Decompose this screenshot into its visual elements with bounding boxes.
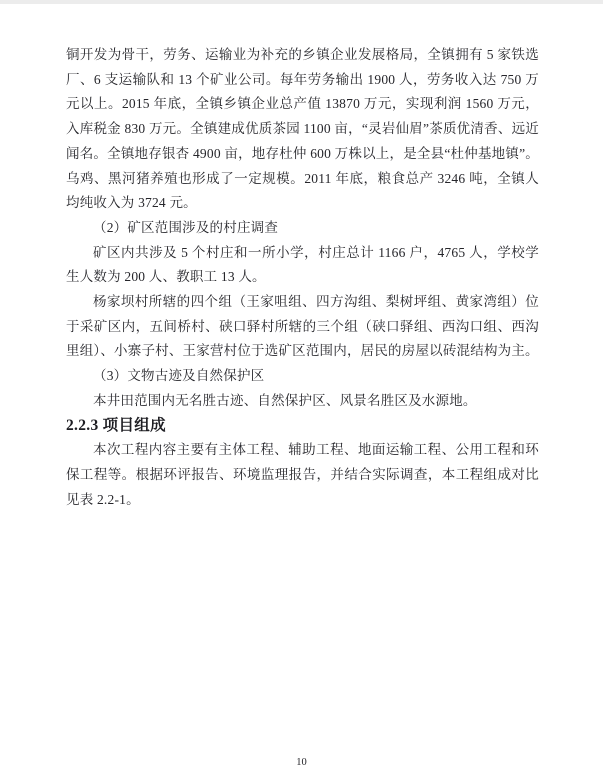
document-page: 铜开发为骨干，劳务、运输业为补充的乡镇企业发展格局，全镇拥有 5 家铁选厂、6 …: [0, 0, 603, 776]
paragraph-village-statistics: 矿区内共涉及 5 个村庄和一所小学，村庄总计 1166 户，4765 人，学校学…: [66, 241, 539, 290]
section-heading-project-composition: 2.2.3 项目组成: [66, 414, 539, 439]
subheading-heritage-reserves: （3）文物古迹及自然保护区: [66, 364, 539, 389]
document-text-body: 铜开发为骨干，劳务、运输业为补充的乡镇企业发展格局，全镇拥有 5 家铁选厂、6 …: [66, 43, 539, 512]
paragraph-no-heritage-sites: 本井田范围内无名胜古迹、自然保护区、风景名胜区及水源地。: [66, 389, 539, 414]
paragraph-project-contents: 本次工程内容主要有主体工程、辅助工程、地面运输工程、公用工程和环保工程等。根据环…: [66, 438, 539, 512]
page-top-edge-strip: [0, 0, 603, 4]
page-number: 10: [0, 757, 603, 768]
paragraph-town-economy: 铜开发为骨干，劳务、运输业为补充的乡镇企业发展格局，全镇拥有 5 家铁选厂、6 …: [66, 43, 539, 216]
paragraph-village-locations: 杨家坝村所辖的四个组（王家咀组、四方沟组、梨树坪组、黄家湾组）位于采矿区内，五间…: [66, 290, 539, 364]
subheading-village-survey: （2）矿区范围涉及的村庄调查: [66, 216, 539, 241]
